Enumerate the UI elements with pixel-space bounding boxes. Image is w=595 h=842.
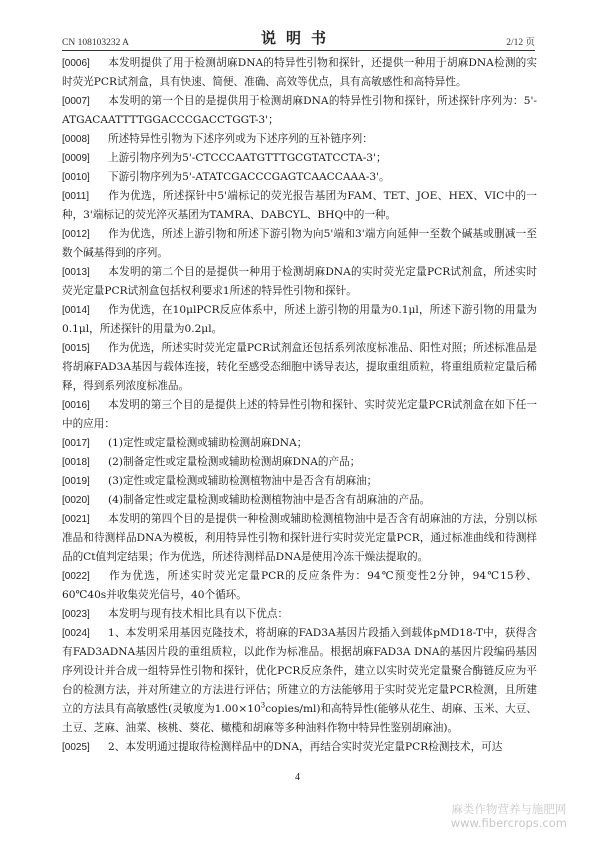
paragraph-0015: [0015]作为优选，所述实时荧光定量PCR试剂盒还包括系列浓度标准品、阳性对照… bbox=[62, 339, 537, 396]
paragraph-number: [0017] bbox=[62, 434, 108, 453]
watermark: 麻类作物营养与施肥网 www.fibercrops.com bbox=[451, 802, 567, 830]
paragraph-0019: [0019](3)定性或定量检测或辅助检测植物油中是否含有胡麻油； bbox=[62, 472, 537, 491]
paragraph-number: [0024] bbox=[62, 624, 108, 643]
paragraph-number: [0008] bbox=[62, 130, 108, 149]
page-header: CN 108103232 A 说明书 2/12 页 bbox=[62, 30, 535, 51]
paragraph-number: [0010] bbox=[62, 168, 108, 187]
paragraph-text: 本发明的第二个目的是提供一种用于检测胡麻DNA的实时荧光定量PCR试剂盒，所述实… bbox=[62, 266, 537, 297]
paragraph-number: [0020] bbox=[62, 491, 108, 510]
paragraph-text: 下游引物序列为5'-ATATCGACCCGAGTCAACCAAA-3'。 bbox=[108, 171, 390, 183]
paragraph-text: 作为优选，所述探针中5'端标记的荧光报告基团为FAM、TET、JOE、HEX、V… bbox=[62, 190, 537, 221]
paragraph-0017: [0017](1)定性或定量检测或辅助检测胡麻DNA； bbox=[62, 434, 537, 453]
paragraph-text: 本发明的第一个目的是提供用于检测胡麻DNA的特异性引物和探针，所述探针序列为：5… bbox=[62, 95, 537, 126]
paragraph-text: 作为优选，在10μlPCR反应体系中，所述上游引物的用量为0.1μl，所述下游引… bbox=[62, 304, 537, 335]
paragraph-number: [0013] bbox=[62, 263, 108, 282]
page-number: 4 bbox=[0, 772, 595, 783]
paragraph-text: 作为优选，所述实时荧光定量PCR的反应条件为：94℃预变性2分钟，94℃15秒、… bbox=[62, 570, 537, 601]
paragraph-number: [0007] bbox=[62, 92, 108, 111]
paragraph-0006: [0006]本发明提供了用于检测胡麻DNA的特异性引物和探针，还提供一种用于胡麻… bbox=[62, 54, 537, 92]
watermark-url: www.fibercrops.com bbox=[451, 816, 567, 830]
page-info: 2/12 页 bbox=[506, 34, 535, 48]
paragraph-text: 1、本发明采用基因克隆技术，将胡麻的FAD3A基因片段插入到载体pMD18-T中… bbox=[62, 627, 537, 715]
paragraph-0009: [0009]上游引物序列为5'-CTCCCAATGTTTGCGTATCCTA-3… bbox=[62, 149, 537, 168]
paragraph-0010: [0010]下游引物序列为5'-ATATCGACCCGAGTCAACCAAA-3… bbox=[62, 168, 537, 187]
paragraph-number: [0016] bbox=[62, 396, 108, 415]
paragraph-text: 2、本发明通过提取待检测样品中的DNA，再结合实时荧光定量PCR检测技术，可达 bbox=[108, 741, 502, 753]
paragraph-text: 本发明的第三个目的是提供上述的特异性引物和探针、实时荧光定量PCR试剂盒在如下任… bbox=[62, 399, 537, 430]
paragraph-text: 本发明提供了用于检测胡麻DNA的特异性引物和探针，还提供一种用于胡麻DNA检测的… bbox=[62, 57, 537, 88]
paragraph-number: [0025] bbox=[62, 738, 108, 757]
document-body: [0006]本发明提供了用于检测胡麻DNA的特异性引物和探针，还提供一种用于胡麻… bbox=[62, 54, 537, 757]
paragraph-number: [0014] bbox=[62, 301, 108, 320]
paragraph-number: [0022] bbox=[62, 567, 108, 586]
paragraph-number: [0023] bbox=[62, 605, 108, 624]
paragraph-text: (3)定性或定量检测或辅助检测植物油中是否含有胡麻油； bbox=[108, 475, 377, 487]
paragraph-0020: [0020](4)制备定性或定量检测或辅助检测植物油中是否含有胡麻油的产品。 bbox=[62, 491, 537, 510]
paragraph-text: 本发明与现有技术相比具有以下优点： bbox=[108, 608, 288, 620]
paragraph-text: 上游引物序列为5'-CTCCCAATGTTTGCGTATCCTA-3'； bbox=[108, 152, 387, 164]
paragraph-0013: [0013]本发明的第二个目的是提供一种用于检测胡麻DNA的实时荧光定量PCR试… bbox=[62, 263, 537, 301]
paragraph-0011: [0011]作为优选，所述探针中5'端标记的荧光报告基团为FAM、TET、JOE… bbox=[62, 187, 537, 225]
paragraph-number: [0012] bbox=[62, 225, 108, 244]
paragraph-number: [0018] bbox=[62, 453, 108, 472]
paragraph-number: [0021] bbox=[62, 510, 108, 529]
paragraph-number: [0011] bbox=[62, 187, 108, 206]
paragraph-number: [0009] bbox=[62, 149, 108, 168]
watermark-site-name: 麻类作物营养与施肥网 bbox=[451, 802, 567, 816]
paragraph-0016: [0016]本发明的第三个目的是提供上述的特异性引物和探针、实时荧光定量PCR试… bbox=[62, 396, 537, 434]
paragraph-text: 作为优选，所述实时荧光定量PCR试剂盒还包括系列浓度标准品、阳性对照；所述标准品… bbox=[62, 342, 537, 392]
paragraph-0022: [0022]作为优选，所述实时荧光定量PCR的反应条件为：94℃预变性2分钟，9… bbox=[62, 567, 537, 605]
paragraph-0021: [0021]本发明的第四个目的是提供一种检测或辅助检测植物油中是否含有胡麻油的方… bbox=[62, 510, 537, 567]
paragraph-0018: [0018](2)制备定性或定量检测或辅助检测胡麻DNA的产品； bbox=[62, 453, 537, 472]
paragraph-text: (2)制备定性或定量检测或辅助检测胡麻DNA的产品； bbox=[108, 456, 360, 468]
paragraph-number: [0006] bbox=[62, 54, 108, 73]
paragraph-0014: [0014]作为优选，在10μlPCR反应体系中，所述上游引物的用量为0.1μl… bbox=[62, 301, 537, 339]
paragraph-number: [0019] bbox=[62, 472, 108, 491]
paragraph-0012: [0012]作为优选，所述上游引物和所述下游引物为向5'端和3'端方向延伸一至数… bbox=[62, 225, 537, 263]
document-title: 说明书 bbox=[62, 27, 535, 48]
paragraph-text: 所述特异性引物为下述序列或为下述序列的互补链序列： bbox=[108, 133, 373, 145]
paragraph-0007: [0007]本发明的第一个目的是提供用于检测胡麻DNA的特异性引物和探针，所述探… bbox=[62, 92, 537, 130]
paragraph-0008: [0008]所述特异性引物为下述序列或为下述序列的互补链序列： bbox=[62, 130, 537, 149]
paragraph-text: (1)定性或定量检测或辅助检测胡麻DNA； bbox=[108, 437, 307, 449]
paragraph-text: 作为优选，所述上游引物和所述下游引物为向5'端和3'端方向延伸一至数个碱基或删减… bbox=[62, 228, 537, 259]
paragraph-0024: [0024]1、本发明采用基因克隆技术，将胡麻的FAD3A基因片段插入到载体pM… bbox=[62, 624, 537, 738]
paragraph-0025: [0025]2、本发明通过提取待检测样品中的DNA，再结合实时荧光定量PCR检测… bbox=[62, 738, 537, 757]
paragraph-text: 本发明的第四个目的是提供一种检测或辅助检测植物油中是否含有胡麻油的方法，分别以标… bbox=[62, 513, 537, 563]
paragraph-number: [0015] bbox=[62, 339, 108, 358]
paragraph-0023: [0023]本发明与现有技术相比具有以下优点： bbox=[62, 605, 537, 624]
paragraph-text: (4)制备定性或定量检测或辅助检测植物油中是否含有胡麻油的产品。 bbox=[108, 494, 430, 506]
